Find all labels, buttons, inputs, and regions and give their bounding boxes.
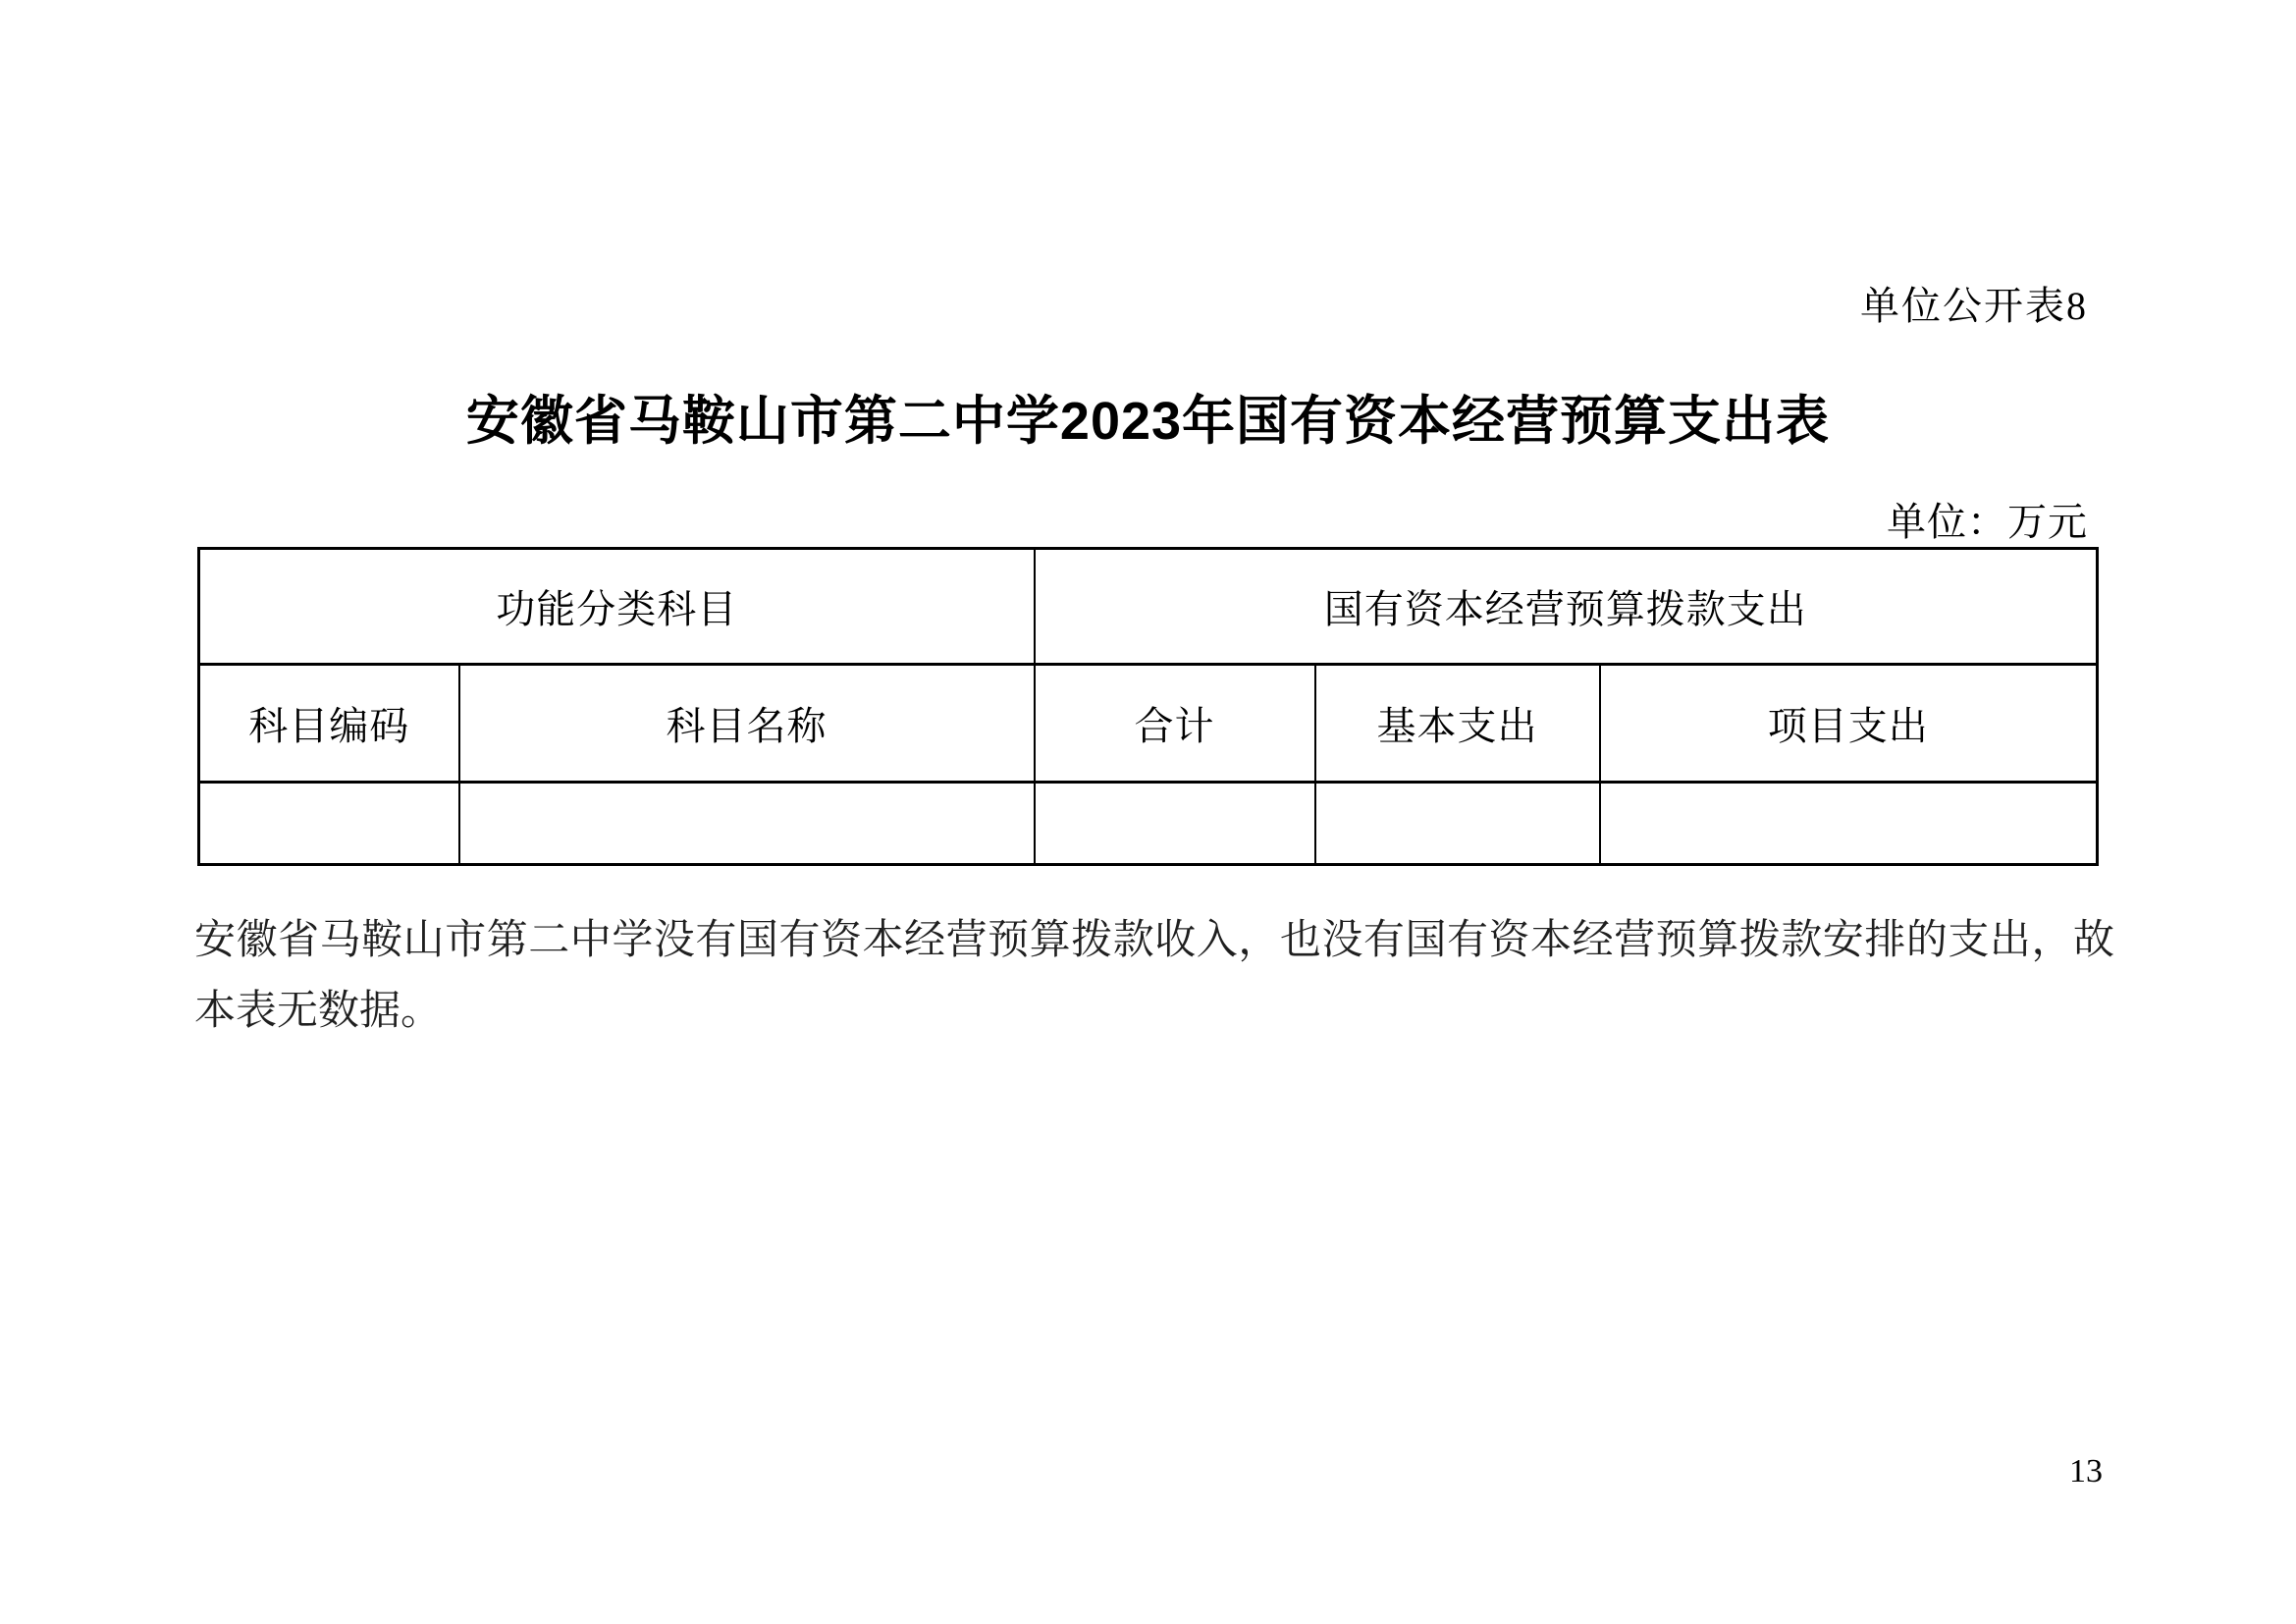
column-header-basic-expenditure: 基本支出	[1315, 665, 1600, 783]
cell-basic-expenditure	[1315, 783, 1600, 865]
page-title: 安徽省马鞍山市第二中学2023年国有资本经营预算支出表	[0, 379, 2296, 455]
column-header-total: 合计	[1035, 665, 1315, 783]
column-header-subject-name: 科目名称	[459, 665, 1035, 783]
cell-total	[1035, 783, 1315, 865]
explanatory-note: 安徽省马鞍山市第二中学没有国有资本经营预算拨款收入，也没有国有资本经营预算拨款安…	[194, 905, 2114, 1047]
table-group-header-row: 功能分类科目 国有资本经营预算拨款支出	[199, 549, 2098, 665]
header-functional-classification: 功能分类科目	[199, 549, 1035, 665]
budget-expenditure-table: 功能分类科目 国有资本经营预算拨款支出 科目编码 科目名称 合计 基本支出 项目…	[197, 547, 2099, 866]
unit-of-measure-label: 单位：万元	[1887, 491, 2088, 547]
table-empty-data-row	[199, 783, 2098, 865]
table-column-header-row: 科目编码 科目名称 合计 基本支出 项目支出	[199, 665, 2098, 783]
page-number: 13	[2069, 1453, 2103, 1490]
cell-project-expenditure	[1600, 783, 2098, 865]
header-state-capital-budget-expenditure: 国有资本经营预算拨款支出	[1035, 549, 2098, 665]
cell-subject-name	[459, 783, 1035, 865]
column-header-project-expenditure: 项目支出	[1600, 665, 2098, 783]
cell-subject-code	[199, 783, 459, 865]
public-table-corner-label: 单位公开表8	[1860, 275, 2088, 331]
column-header-subject-code: 科目编码	[199, 665, 459, 783]
document-page: 单位公开表8 安徽省马鞍山市第二中学2023年国有资本经营预算支出表 单位：万元…	[0, 0, 2296, 1624]
